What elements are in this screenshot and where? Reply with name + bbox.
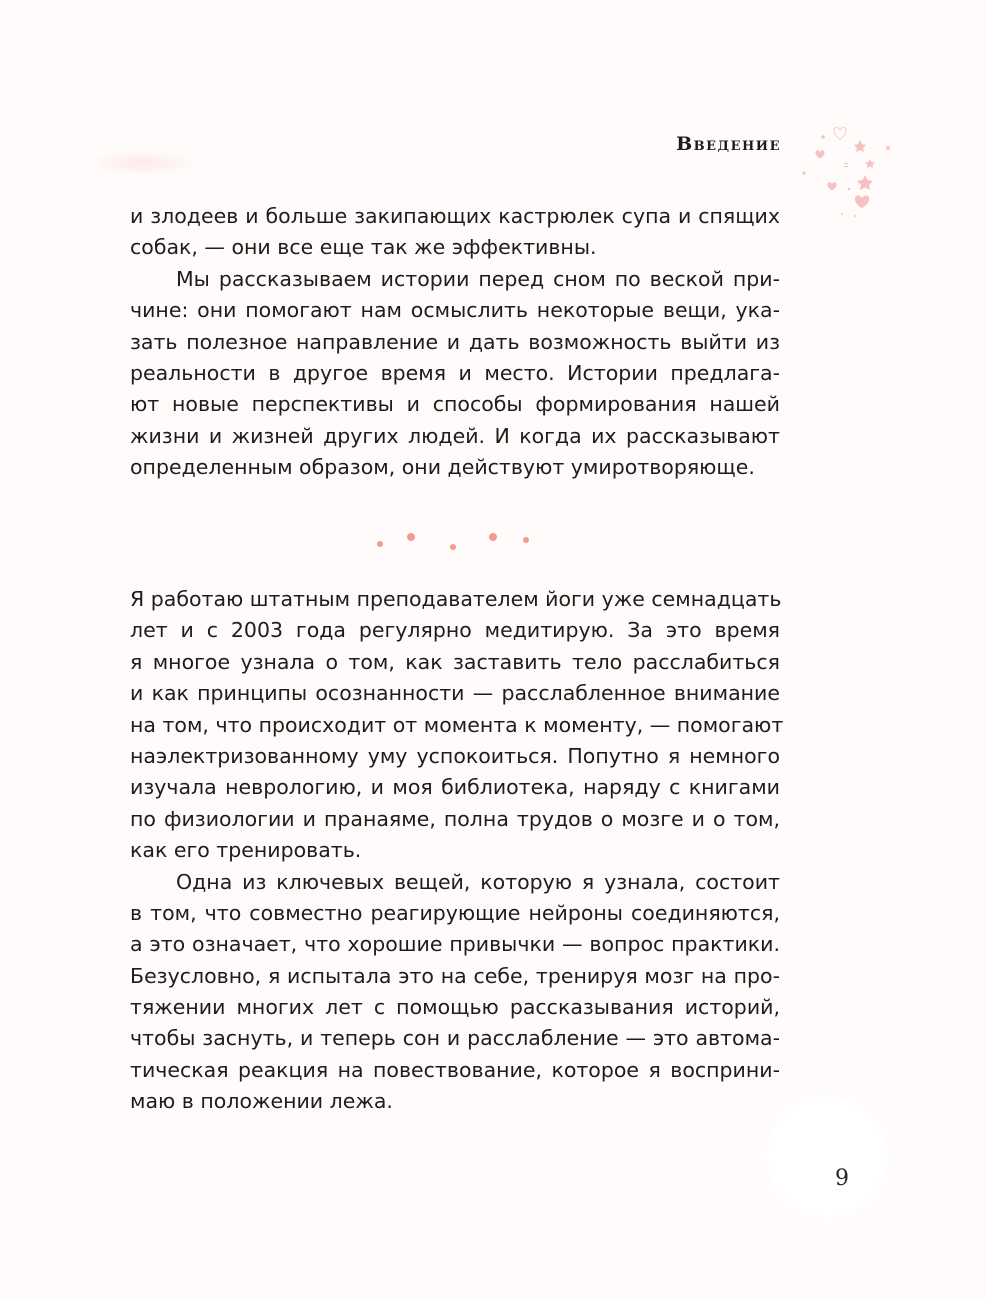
text-line: как его тренировать. [130, 835, 780, 866]
text-line: чтобы заснуть, и теперь сон и расслаблен… [130, 1023, 780, 1054]
text-line: изучала неврологию, и моя библиотека, на… [130, 772, 780, 803]
text-line: в том, что совместно реагирующие нейроны… [130, 898, 780, 929]
decorative-brush-stroke [92, 152, 192, 174]
book-page: Введение и злодеев и больше закипающих к… [0, 0, 986, 1299]
text-line: Мы рассказываем истории перед сном по ве… [130, 264, 780, 295]
separator-dot-icon [377, 541, 383, 547]
separator-dot-icon [450, 544, 456, 550]
text-line: а это означает, что хорошие привычки — в… [130, 929, 780, 960]
text-line: по физиологии и пранаяме, полна трудов о… [130, 804, 780, 835]
text-line: ют новые перспективы и способы формирова… [130, 389, 780, 420]
text-line: и злодеев и больше закипающих кастрюлек … [130, 201, 780, 232]
text-line: жизни и жизней других людей. И когда их … [130, 421, 780, 452]
page-number: 9 [835, 1166, 849, 1191]
text-line: Я работаю штатным преподавателем йоги уж… [130, 584, 780, 615]
sparkles-decoration-icon [790, 118, 900, 228]
text-line: маю в положении лежа. [130, 1086, 780, 1117]
page-number-bubble [768, 1098, 886, 1216]
separator-dot-icon [523, 537, 529, 543]
separator-dot-icon [489, 533, 497, 541]
text-line: реальности в другое время и место. Истор… [130, 358, 780, 389]
text-line: чине: они помогают нам осмыслить некотор… [130, 295, 780, 326]
chapter-title: Введение [676, 133, 781, 155]
text-line: на том, что происходит от момента к моме… [130, 710, 780, 741]
text-line: Безусловно, я испытала это на себе, трен… [130, 961, 780, 992]
text-line: лет и с 2003 года регулярно медитирую. З… [130, 615, 780, 646]
separator-dot-icon [407, 533, 415, 541]
text-line: тяжении многих лет с помощью рассказыван… [130, 992, 780, 1023]
text-line: собак, — они все еще так же эффективны. [130, 232, 780, 263]
paragraph-block-2: Я работаю штатным преподавателем йоги уж… [130, 584, 780, 1118]
section-separator-dots [370, 528, 540, 558]
paragraph-block-1: и злодеев и больше закипающих кастрюлек … [130, 201, 780, 484]
text-line: и как принципы осознанности — расслаблен… [130, 678, 780, 709]
text-line: зать полезное направление и дать возможн… [130, 327, 780, 358]
text-line: определенным образом, они действуют умир… [130, 452, 780, 483]
text-line: Одна из ключевых вещей, которую я узнала… [130, 867, 780, 898]
text-line: тическая реакция на повествование, котор… [130, 1055, 780, 1086]
text-line: наэлектризованному уму успокоиться. Попу… [130, 741, 780, 772]
text-line: я многое узнала о том, как заставить тел… [130, 647, 780, 678]
